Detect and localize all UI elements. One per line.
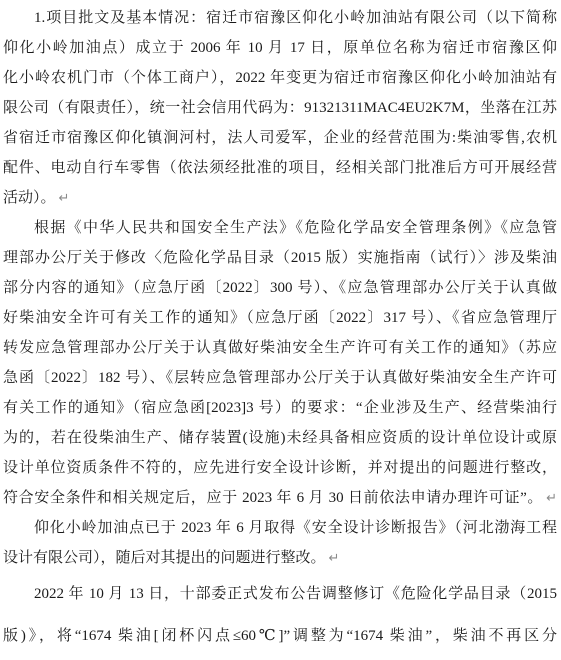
text-line[interactable]: 转发应急管理部办公厅关于认真做好柴油安全生产许可有关工作的通知》（苏应 <box>3 333 557 363</box>
text-line-content: 2022 年 10 月 13 日，十部委正式发布公告调整修订《危险化学品目录（2… <box>34 586 557 602</box>
text-line-content: 活动）。 <box>3 190 56 206</box>
text-line-content: 化小岭农机门市（个体工商户），2022 年变更为宿迁市宿豫区仰化小岭加油站有 <box>3 70 557 86</box>
text-line-content: 有关工作的通知》（宿应急函[2023]3 号）的要求：“企业涉及生产、经营柴油行 <box>3 400 557 416</box>
text-line[interactable]: 化小岭农机门市（个体工商户），2022 年变更为宿迁市宿豫区仰化小岭加油站有 <box>3 63 557 93</box>
text-line[interactable]: 理部办公厅关于修改〈危险化学品目录（2015 版）实施指南（试行）〉涉及柴油 <box>3 243 557 273</box>
text-line[interactable]: 为的，若在役柴油生产、储存装置(设施)未经具备相应资质的设计单位设计或原 <box>3 423 557 453</box>
paragraph-mark-icon: ↵ <box>543 491 557 506</box>
text-line-content: 仰化小岭加油点已于 2023 年 6 月取得《安全设计诊断报告》（河北渤海工程 <box>34 520 557 536</box>
text-line[interactable]: 设计单位资质条件不符的，应先进行安全设计诊断，并对提出的问题进行整改， <box>3 453 557 483</box>
text-line-content: 限公司（有限责任），统一社会信用代码为：91321311MAC4EU2K7M，坐… <box>3 100 557 116</box>
text-line-content: 配件、电动自行车零售（依法须经批准的项目，经相关部门批准后方可开展经营 <box>3 160 557 176</box>
text-line-content: 仰化小岭加油点）成立于 2006 年 10 月 17 日，原单位名称为宿迁市宿豫… <box>3 40 557 56</box>
text-line-content: 设计单位资质条件不符的，应先进行安全设计诊断，并对提出的问题进行整改， <box>3 460 557 476</box>
text-line-content: 符合安全条件和相关规定后，应于 2023 年 6 月 30 日前依法申请办理许可… <box>3 490 543 506</box>
text-line[interactable]: 有关工作的通知》（宿应急函[2023]3 号）的要求：“企业涉及生产、经营柴油行 <box>3 393 557 423</box>
text-line[interactable]: 版)》，将“1674 柴油[闭杯闪点≤60℃]”调整为“1674 柴油”，柴油不… <box>3 615 557 657</box>
text-line-content: 根据《中华人民共和国安全生产法》《危险化学品安全管理条例》《应急管 <box>34 220 557 236</box>
paragraph-mark-icon: ↵ <box>326 551 340 566</box>
text-line[interactable]: 1.项目批文及基本情况：宿迁市宿豫区仰化小岭加油站有限公司（以下简称 <box>3 3 557 33</box>
text-line[interactable]: 急函〔2022〕182 号）、《层转应急管理部办公厅关于认真做好柴油安全生产许可 <box>3 363 557 393</box>
text-line[interactable]: 部分内容的通知》（应急厅函〔2022〕300 号）、《应急管理部办公厅关于认真做 <box>3 273 557 303</box>
text-line[interactable]: 根据《中华人民共和国安全生产法》《危险化学品安全管理条例》《应急管 <box>3 213 557 243</box>
text-line-content: 设计有限公司），随后对其提出的问题进行整改。 <box>3 550 326 566</box>
text-line-content: 省宿迁市宿豫区仰化镇涧河村，法人司爱军，企业的经营范围为:柴油零售,农机 <box>3 130 557 146</box>
text-line[interactable]: 仰化小岭加油点已于 2023 年 6 月取得《安全设计诊断报告》（河北渤海工程 <box>3 513 557 543</box>
text-line-content: 为的，若在役柴油生产、储存装置(设施)未经具备相应资质的设计单位设计或原 <box>3 430 557 446</box>
text-line[interactable]: 好柴油安全许可有关工作的通知》（应急厅函〔2022〕317 号）、《省应急管理厅 <box>3 303 557 333</box>
text-line-content: 1.项目批文及基本情况：宿迁市宿豫区仰化小岭加油站有限公司（以下简称 <box>34 10 557 26</box>
text-line[interactable]: 符合安全条件和相关规定后，应于 2023 年 6 月 30 日前依法申请办理许可… <box>3 483 557 513</box>
document-page[interactable]: 1.项目批文及基本情况：宿迁市宿豫区仰化小岭加油站有限公司（以下简称 仰化小岭加… <box>0 0 561 660</box>
text-line[interactable]: 配件、电动自行车零售（依法须经批准的项目，经相关部门批准后方可开展经营 <box>3 153 557 183</box>
text-line-content: 部分内容的通知》（应急厅函〔2022〕300 号）、《应急管理部办公厅关于认真做 <box>3 280 557 296</box>
text-line-content: 急函〔2022〕182 号）、《层转应急管理部办公厅关于认真做好柴油安全生产许可 <box>3 370 557 386</box>
paragraph-mark-icon: ↵ <box>56 191 70 206</box>
text-line-content: 转发应急管理部办公厅关于认真做好柴油安全生产许可有关工作的通知》（苏应 <box>3 340 557 356</box>
text-line[interactable]: 活动）。↵ <box>3 183 557 213</box>
text-line[interactable]: 设计有限公司），随后对其提出的问题进行整改。↵ <box>3 543 557 573</box>
text-line[interactable]: 仰化小岭加油点）成立于 2006 年 10 月 17 日，原单位名称为宿迁市宿豫… <box>3 33 557 63</box>
text-line[interactable]: 省宿迁市宿豫区仰化镇涧河村，法人司爱军，企业的经营范围为:柴油零售,农机 <box>3 123 557 153</box>
text-line-content: 理部办公厅关于修改〈危险化学品目录（2015 版）实施指南（试行）〉涉及柴油 <box>3 250 557 266</box>
text-line[interactable]: 限公司（有限责任），统一社会信用代码为：91321311MAC4EU2K7M，坐… <box>3 93 557 123</box>
text-line-content: 版)》，将“1674 柴油[闭杯闪点≤60℃]”调整为“1674 柴油”，柴油不… <box>3 628 557 644</box>
text-line[interactable]: 2022 年 10 月 13 日，十部委正式发布公告调整修订《危险化学品目录（2… <box>3 573 557 615</box>
text-line-content: 好柴油安全许可有关工作的通知》（应急厅函〔2022〕317 号）、《省应急管理厅 <box>3 310 557 326</box>
